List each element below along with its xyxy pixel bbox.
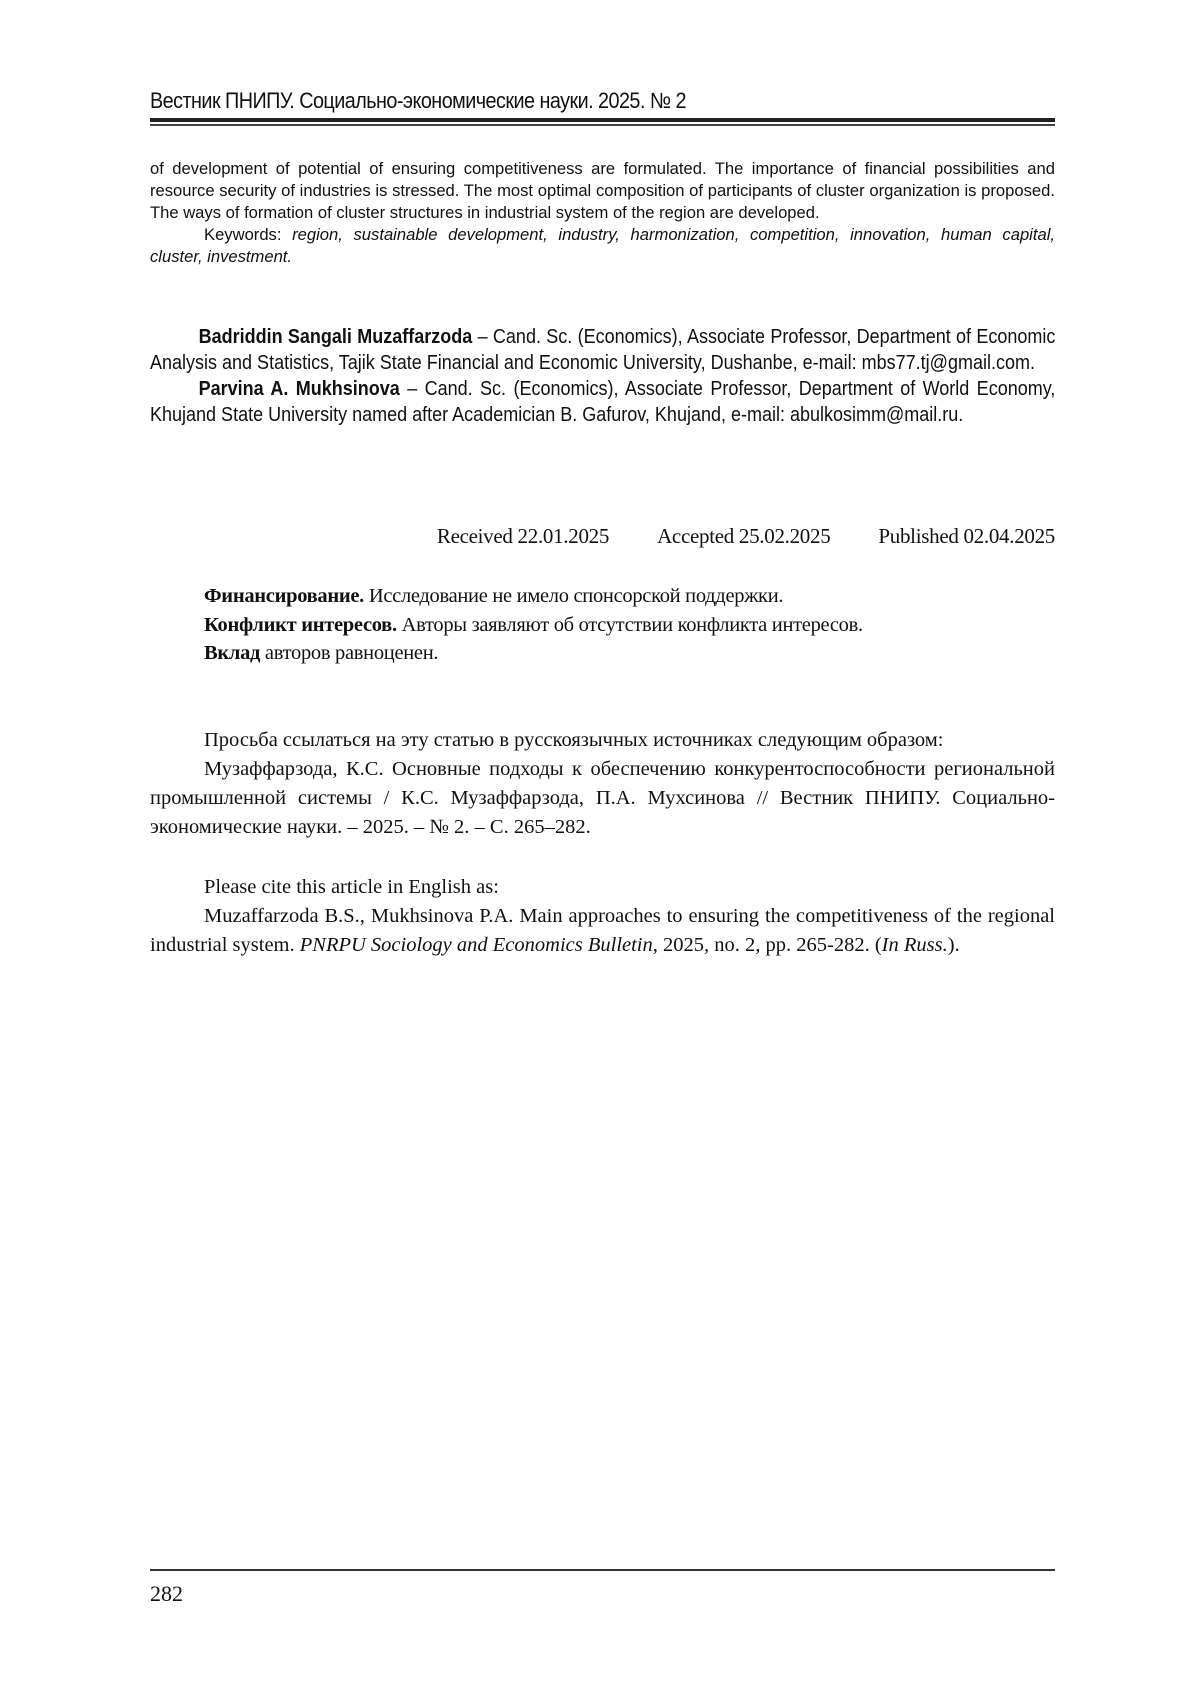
conflict-text: Авторы заявляют об отсутствии конфликта … bbox=[397, 614, 863, 636]
abstract-text: of development of potential of ensuring … bbox=[150, 158, 1055, 224]
keywords: Keywords: region, sustainable developmen… bbox=[150, 224, 1055, 268]
contribution-statement: Вклад авторов равноценен. bbox=[204, 639, 1064, 668]
published-date: Published 02.04.2025 bbox=[878, 524, 1055, 548]
accepted-date: Accepted 25.02.2025 bbox=[657, 524, 830, 548]
citation-en-reference: Muzaffarzoda B.S., Mukhsinova P.A. Main … bbox=[150, 902, 1055, 960]
page-number: 282 bbox=[150, 1581, 183, 1607]
header-rule-thin bbox=[150, 124, 1055, 126]
conflict-statement: Конфликт интересов. Авторы заявляют об о… bbox=[204, 611, 1064, 640]
language-note: In Russ. bbox=[882, 934, 948, 956]
contribution-label: Вклад bbox=[204, 642, 260, 664]
document-page: Вестник ПНИПУ. Социально-экономические н… bbox=[0, 0, 1200, 1705]
journal-name: PNRPU Sociology and Economics Bulletin bbox=[300, 934, 653, 956]
author-info: Badriddin Sangali Muzaffarzoda – Cand. S… bbox=[150, 324, 1055, 428]
contribution-text: авторов равноценен. bbox=[260, 642, 438, 664]
citation-en-issue: , 2025, no. 2, pp. 265-282. ( bbox=[653, 934, 882, 956]
keywords-values: region, sustainable development, industr… bbox=[150, 225, 1055, 266]
running-title: Вестник ПНИПУ. Социально-экономические н… bbox=[150, 88, 686, 114]
citation-ru-intro: Просьба ссылаться на эту статью в русско… bbox=[150, 726, 1055, 755]
declarations: Финансирование. Исследование не имело сп… bbox=[204, 582, 1064, 668]
author-entry: Badriddin Sangali Muzaffarzoda – Cand. S… bbox=[150, 324, 1055, 376]
header-rule bbox=[150, 118, 1055, 122]
author-name: Badriddin Sangali Muzaffarzoda bbox=[199, 326, 473, 348]
citation-en-intro: Please cite this article in English as: bbox=[150, 873, 1055, 902]
funding-text: Исследование не имело спонсорской поддер… bbox=[364, 585, 783, 607]
author-name: Parvina A. Mukhsinova bbox=[199, 378, 400, 400]
abstract-section: of development of potential of ensuring … bbox=[150, 158, 1055, 268]
funding-statement: Финансирование. Исследование не имело сп… bbox=[204, 582, 1064, 611]
received-date: Received 22.01.2025 bbox=[437, 524, 609, 548]
citation-russian: Просьба ссылаться на эту статью в русско… bbox=[150, 726, 1055, 842]
citation-english: Please cite this article in English as: … bbox=[150, 873, 1055, 960]
citation-ru-reference: Музаффарзода, К.С. Основные подходы к об… bbox=[150, 755, 1055, 842]
conflict-label: Конфликт интересов. bbox=[204, 614, 397, 636]
funding-label: Финансирование. bbox=[204, 585, 364, 607]
footer-rule bbox=[150, 1569, 1055, 1571]
author-entry: Parvina A. Mukhsinova – Cand. Sc. (Econo… bbox=[150, 376, 1055, 428]
keywords-label: Keywords: bbox=[204, 225, 281, 244]
citation-en-end: ). bbox=[948, 934, 960, 956]
article-dates: Received 22.01.2025Accepted 25.02.2025Pu… bbox=[150, 522, 1055, 550]
